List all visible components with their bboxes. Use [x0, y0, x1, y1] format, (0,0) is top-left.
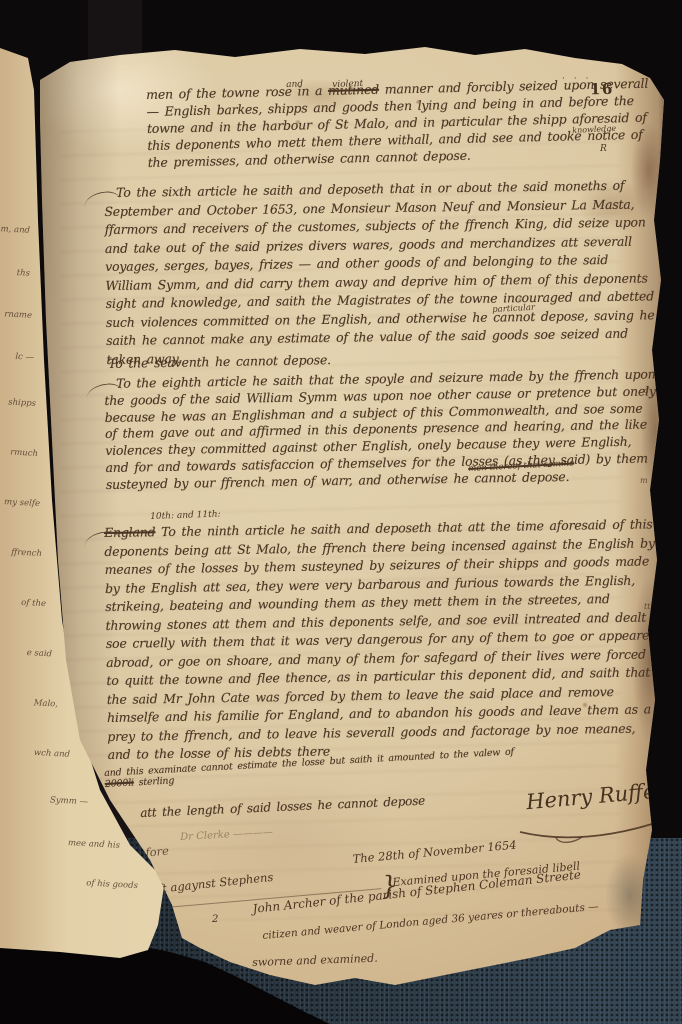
left-page-text-fragment: m, and	[0, 224, 30, 236]
left-page-text-fragment: shipps	[0, 397, 36, 409]
faint-registrar-line: Dr Clerke ————	[180, 827, 273, 843]
paragraph-5-text: To the ninth article he saith and depose…	[104, 516, 655, 762]
sworn-examined-line: sworne and examined.	[252, 952, 378, 969]
left-page-text-fragment: mee and his	[10, 835, 120, 851]
left-page-text-fragment: Symm —	[0, 793, 88, 808]
valuation-text: sterling	[138, 775, 174, 788]
deponent-signature: Henry Ruffell	[525, 778, 669, 814]
left-page-text-fragment: of the	[0, 597, 46, 609]
paragraph-3: To the seaventh he cannot depose.	[108, 352, 331, 371]
left-page-text-fragment: rname	[0, 309, 32, 321]
paragraph-4: To the eighth article he saith that the …	[104, 366, 660, 493]
closing-line: att the length of said losses he cannot …	[140, 794, 425, 820]
left-page-text-fragment: e said	[0, 647, 52, 660]
paragraph-2: To the sixth article he saith and depose…	[104, 176, 661, 369]
margin-mark: d	[644, 386, 649, 395]
left-page-text-fragment: Malo,	[0, 696, 58, 709]
struck-amount: 2000li	[105, 777, 135, 790]
margin-letter: R	[600, 144, 607, 154]
left-page-text-fragment: of his goods	[20, 875, 138, 891]
examination-date: The 28th of November 1654	[352, 838, 517, 866]
left-page-text-fragment: my selfe	[0, 497, 40, 509]
left-page-text-fragment: rmuch	[0, 447, 38, 459]
paragraph-5: England To the ninth article he saith an…	[104, 515, 664, 764]
left-page-text-fragment: lc —	[0, 351, 34, 363]
left-page-text-fragment: ths	[0, 267, 30, 279]
manuscript-photo: m, and ths rname lc — shipps rmuch my se…	[0, 0, 682, 1024]
folio-mark: 2	[212, 914, 218, 925]
left-page-text-fragment: wch and	[0, 746, 70, 760]
margin-mark: tt	[644, 602, 650, 611]
interline-insertion: violent	[332, 79, 363, 90]
struck-word: England	[104, 524, 156, 540]
margin-mark: m	[640, 476, 648, 485]
paragraph-1: men of the towne rose in a mutined manne…	[146, 75, 654, 171]
interline-insertion: and	[286, 79, 303, 90]
left-page-text-fragment: ffrench	[0, 547, 42, 559]
interline-insertion: 10th: and 11th:	[150, 510, 221, 522]
